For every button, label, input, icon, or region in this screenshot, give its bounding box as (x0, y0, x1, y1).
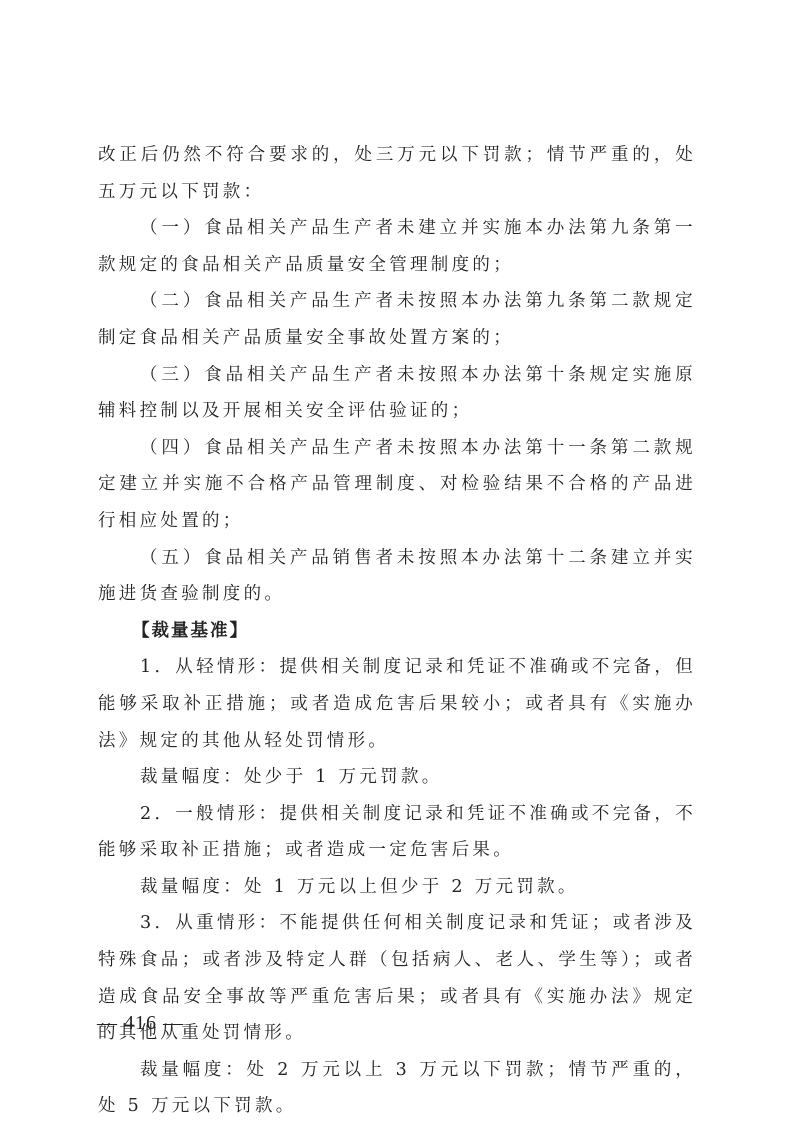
page-number: — 416 — (97, 1012, 184, 1035)
document-page: 改正后仍然不符合要求的，处三万元以下罚款；情节严重的，处五万元以下罚款： （一）… (98, 137, 696, 1122)
paragraph-lenient-circumstances: 1．从轻情形：提供相关制度记录和凭证不准确或不完备，但能够采取补正措施；或者造成… (98, 649, 696, 759)
paragraph-item-3: （三）食品相关产品生产者未按照本办法第十条规定实施原辅料控制以及开展相关安全评估… (98, 357, 696, 430)
paragraph-item-4: （四）食品相关产品生产者未按照本办法第十一条第二款规定建立并实施不合格产品管理制… (98, 430, 696, 540)
paragraph-general-penalty-range: 裁量幅度：处 1 万元以上但少于 2 万元罚款。 (98, 869, 696, 906)
paragraph-item-1: （一）食品相关产品生产者未建立并实施本办法第九条第一款规定的食品相关产品质量安全… (98, 210, 696, 283)
paragraph-lenient-penalty-range: 裁量幅度：处少于 1 万元罚款。 (98, 759, 696, 796)
paragraph-item-5: （五）食品相关产品销售者未按照本办法第十二条建立并实施进货查验制度的。 (98, 540, 696, 613)
paragraph-general-circumstances: 2．一般情形：提供相关制度记录和凭证不准确或不完备，不能够采取补正措施；或者造成… (98, 796, 696, 869)
paragraph-severe-circumstances: 3．从重情形：不能提供任何相关制度记录和凭证；或者涉及特殊食品；或者涉及特定人群… (98, 905, 696, 1051)
paragraph-severe-penalty-range: 裁量幅度：处 2 万元以上 3 万元以下罚款；情节严重的，处 5 万元以下罚款。 (98, 1052, 696, 1122)
section-heading-discretion-standard: 【裁量基准】 (98, 613, 696, 650)
paragraph-continuation: 改正后仍然不符合要求的，处三万元以下罚款；情节严重的，处五万元以下罚款： (98, 137, 696, 210)
paragraph-item-2: （二）食品相关产品生产者未按照本办法第九条第二款规定制定食品相关产品质量安全事故… (98, 283, 696, 356)
